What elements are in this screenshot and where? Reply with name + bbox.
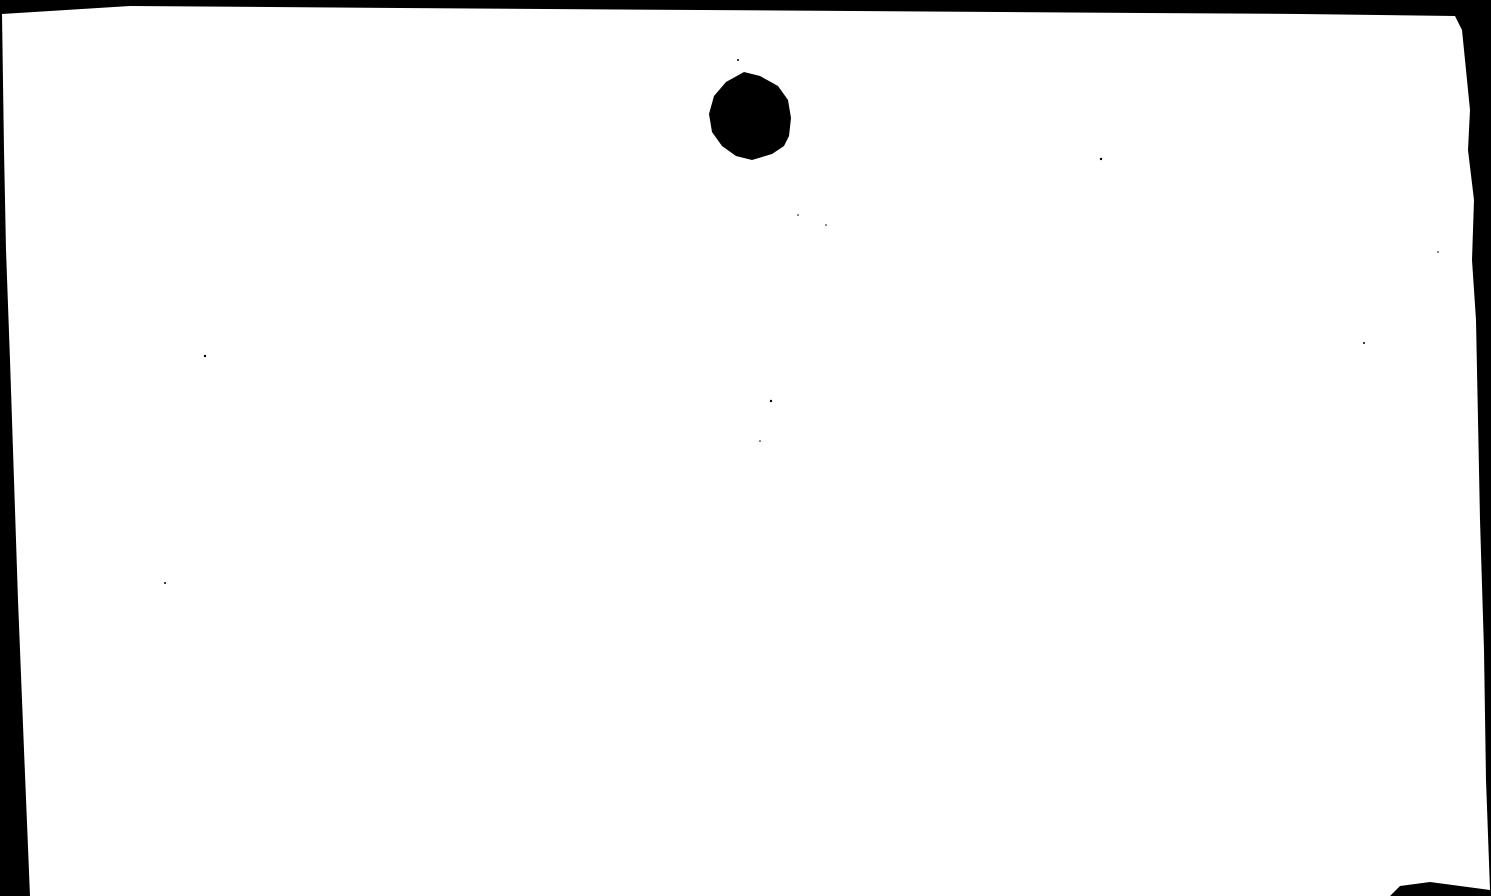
scanned-page — [0, 0, 1491, 896]
